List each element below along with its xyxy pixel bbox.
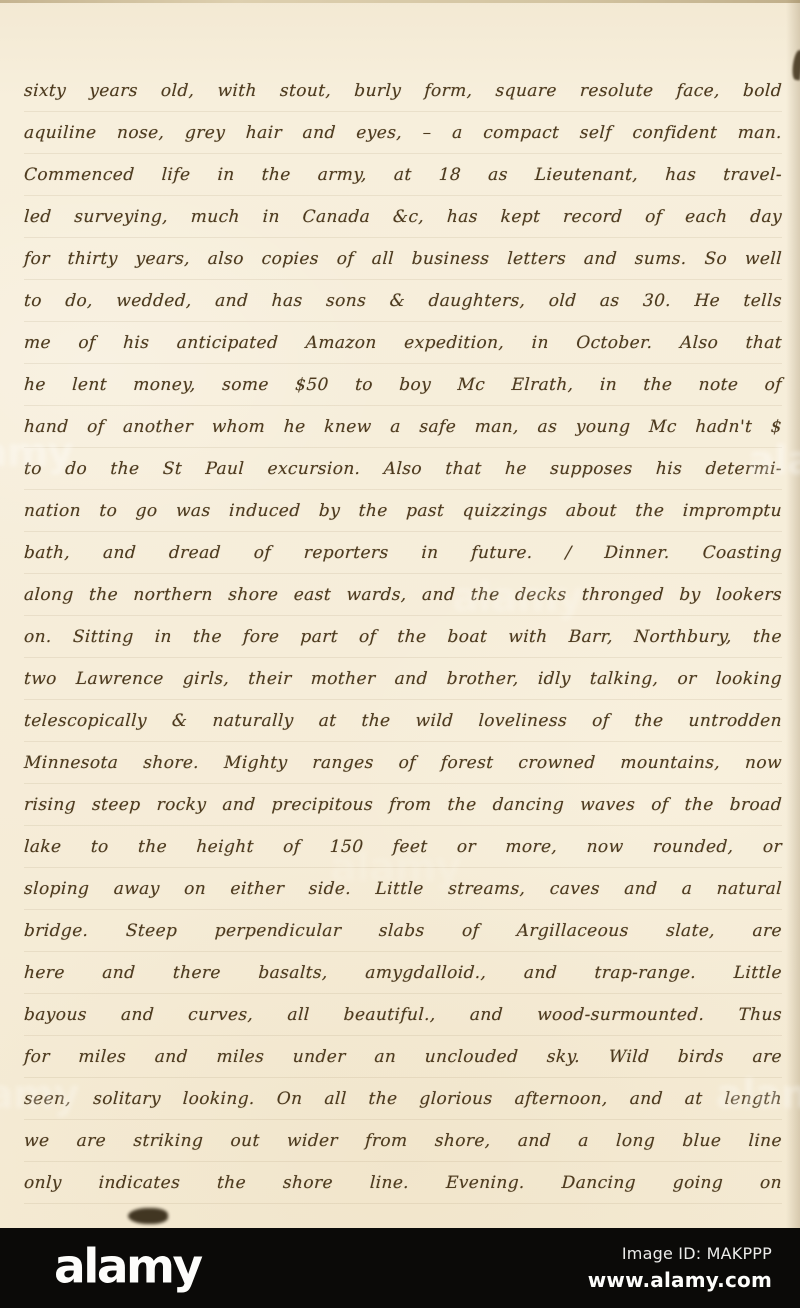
alamy-url-text: www.alamy.com — [588, 1268, 772, 1292]
handwriting-line-1: sixty years old, with stout, burly form,… — [23, 70, 783, 112]
handwritten-text-block: sixty years old, with stout, burly form,… — [24, 70, 782, 1206]
cutoff-line-smudge — [128, 1208, 168, 1224]
handwriting-line-15: two Lawrence girls, their mother and bro… — [23, 658, 783, 700]
handwriting-line-16: telescopically & naturally at the wild l… — [23, 700, 783, 742]
alamy-watermark-bar: alamy Image ID: MAKPPP www.alamy.com — [0, 1228, 800, 1308]
handwriting-line-24: for miles and miles under an unclouded s… — [23, 1036, 783, 1078]
handwriting-line-26: we are striking out wider from shore, an… — [23, 1120, 783, 1162]
handwriting-line-19: lake to the height of 150 feet or more, … — [23, 826, 783, 868]
handwriting-line-12: bath, and dread of reporters in future. … — [23, 532, 783, 574]
handwriting-line-7: me of his anticipated Amazon expedition,… — [23, 322, 783, 364]
handwriting-line-25: seen, solitary looking. On all the glori… — [23, 1078, 783, 1120]
handwriting-line-18: rising steep rocky and precipitous from … — [23, 784, 783, 826]
handwriting-line-23: bayous and curves, all beautiful., and w… — [23, 994, 783, 1036]
handwriting-line-6: to do, wedded, and has sons & daughters,… — [23, 280, 783, 322]
handwriting-line-14: on. Sitting in the fore part of the boat… — [23, 616, 783, 658]
handwriting-line-4: led surveying, much in Canada &c, has ke… — [23, 196, 783, 238]
handwriting-line-13: along the northern shore east wards, and… — [23, 574, 783, 616]
handwriting-line-20: sloping away on either side. Little stre… — [23, 868, 783, 910]
handwriting-line-5: for thirty years, also copies of all bus… — [23, 238, 783, 280]
alamy-logo: alamy — [54, 1239, 201, 1294]
handwriting-line-10: to do the St Paul excursion. Also that h… — [23, 448, 783, 490]
handwriting-line-22: here and there basalts, amygdalloid., an… — [23, 952, 783, 994]
handwriting-line-17: Minnesota shore. Mighty ranges of forest… — [23, 742, 783, 784]
diary-page-paper: sixty years old, with stout, burly form,… — [0, 0, 800, 1228]
paper-right-edge-shadow — [786, 0, 800, 1228]
handwriting-line-9: hand of another whom he knew a safe man,… — [23, 406, 783, 448]
handwriting-line-21: bridge. Steep perpendicular slabs of Arg… — [23, 910, 783, 952]
handwriting-line-27: only indicates the shore line. Evening. … — [23, 1162, 783, 1204]
handwriting-line-3: Commenced life in the army, at 18 as Lie… — [23, 154, 783, 196]
scanned-diary-photo: sixty years old, with stout, burly form,… — [0, 0, 800, 1308]
image-id-text: Image ID: MAKPPP — [588, 1244, 772, 1263]
handwriting-line-2: aquiline nose, grey hair and eyes, – a c… — [23, 112, 783, 154]
alamy-bar-right: Image ID: MAKPPP www.alamy.com — [588, 1244, 772, 1292]
handwriting-line-11: nation to go was induced by the past qui… — [23, 490, 783, 532]
handwriting-line-8: he lent money, some $50 to boy Mc Elrath… — [23, 364, 783, 406]
paper-top-edge — [0, 0, 800, 3]
